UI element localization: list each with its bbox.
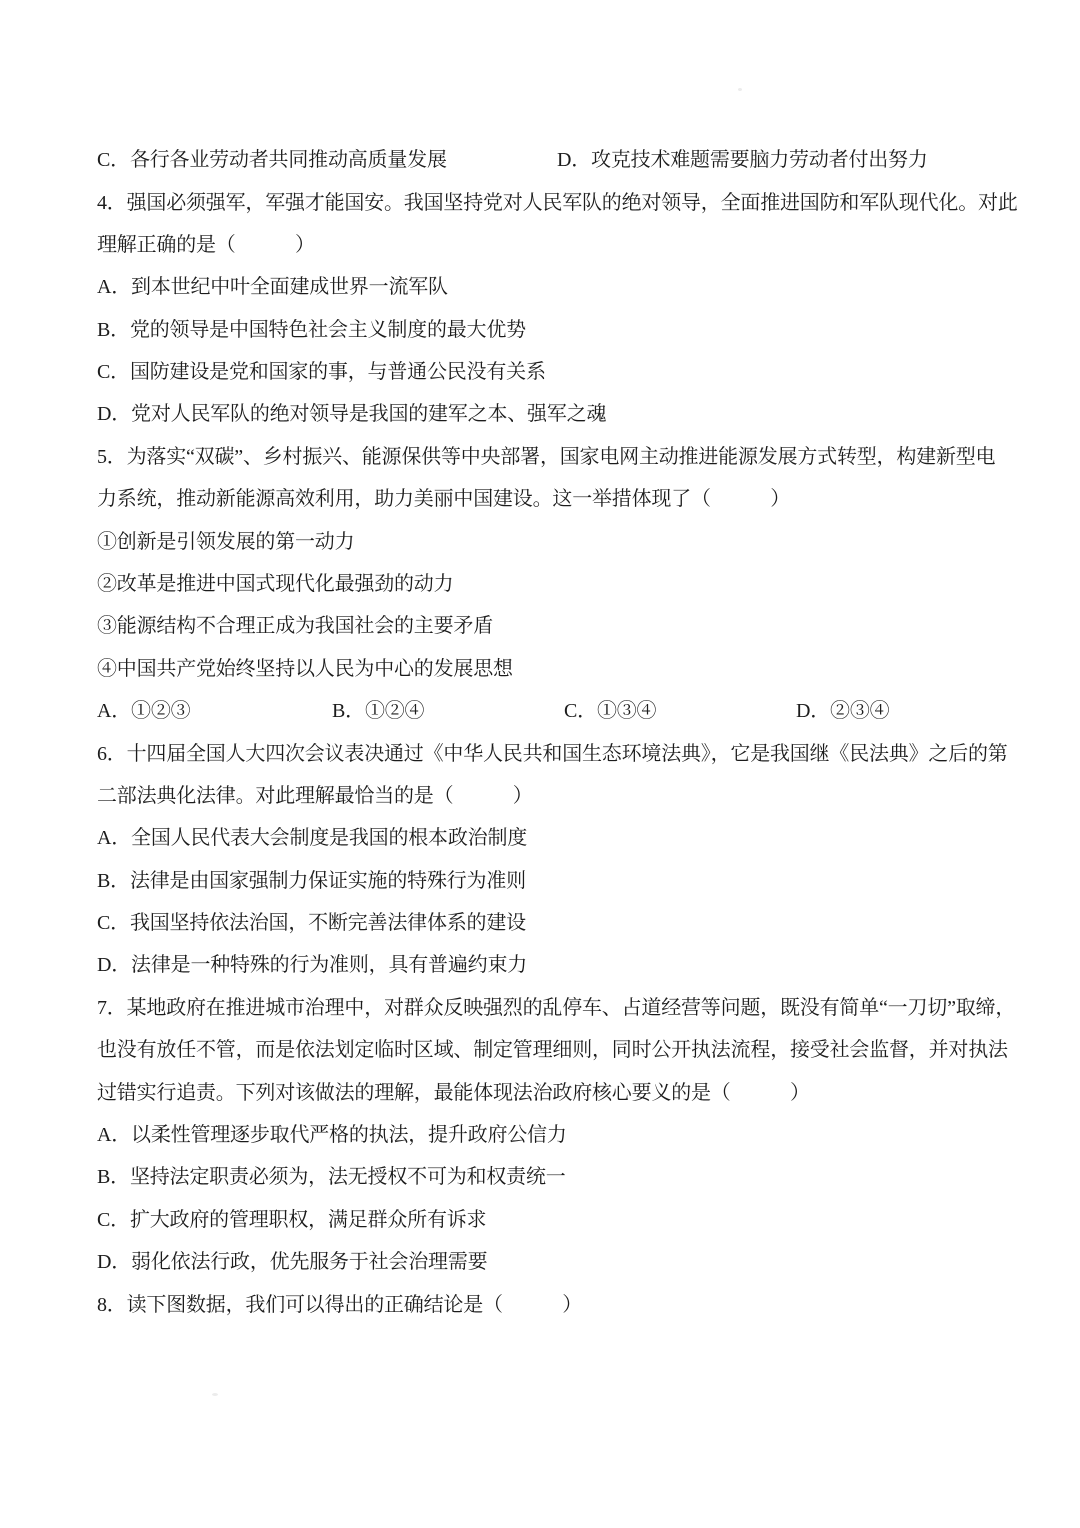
q6-option-a: A．全国人民代表大会制度是我国的根本政治制度	[97, 824, 997, 854]
q4-option-c: C．国防建设是党和国家的事，与普通公民没有关系	[97, 358, 997, 388]
q5-item-1: ①创新是引领发展的第一动力	[97, 528, 997, 558]
exam-document-page: C．各行各业劳动者共同推动高质量发展 D．攻克技术难题需要脑力劳动者付出努力 4…	[0, 0, 1080, 1528]
q7-stem-line-3: 过错实行追责。下列对该做法的理解，最能体现法治政府核心要义的是（ ）	[97, 1079, 997, 1109]
q5-item-4: ④中国共产党始终坚持以人民为中心的发展思想	[97, 655, 997, 685]
q5-item-3: ③能源结构不合理正成为我国社会的主要矛盾	[97, 612, 997, 642]
q5-option-c: C．①③④	[564, 697, 656, 725]
q5-option-a: A．①②③	[97, 697, 190, 725]
q7-option-d: D．弱化依法行政，优先服务于社会治理需要	[97, 1248, 997, 1278]
q3-option-d: D．攻克技术难题需要脑力劳动者付出努力	[557, 146, 928, 174]
q5-item-2: ②改革是推进中国式现代化最强劲的动力	[97, 570, 997, 600]
scan-speck	[738, 88, 742, 91]
q7-stem-line-1: 7．某地政府在推进城市治理中，对群众反映强烈的乱停车、占道经营等问题，既没有简单…	[97, 994, 997, 1024]
q7-option-a: A．以柔性管理逐步取代严格的执法，提升政府公信力	[97, 1121, 997, 1151]
q5-option-b: B．①②④	[332, 697, 424, 725]
q6-stem-line-2: 二部法典化法律。对此理解最恰当的是（ ）	[97, 782, 997, 812]
q5-stem-line-1: 5．为落实“双碳”、乡村振兴、能源保供等中央部署，国家电网主动推进能源发展方式转…	[97, 443, 997, 473]
q3-option-c: C．各行各业劳动者共同推动高质量发展	[97, 146, 447, 174]
q7-stem-line-2: 也没有放任不管，而是依法划定临时区域、制定管理细则，同时公开执法流程，接受社会监…	[97, 1036, 997, 1066]
q6-option-b: B．法律是由国家强制力保证实施的特殊行为准则	[97, 867, 997, 897]
q6-option-c: C．我国坚持依法治国，不断完善法律体系的建设	[97, 909, 997, 939]
q5-options-row: A．①②③ B．①②④ C．①③④ D．②③④	[97, 697, 997, 727]
q7-option-b: B．坚持法定职责必须为，法无授权不可为和权责统一	[97, 1163, 997, 1193]
q6-option-d: D．法律是一种特殊的行为准则，具有普遍约束力	[97, 951, 997, 981]
q4-option-a: A．到本世纪中叶全面建成世界一流军队	[97, 273, 997, 303]
q4-stem-line-2: 理解正确的是（ ）	[97, 231, 997, 261]
q8-stem-line-1: 8．读下图数据，我们可以得出的正确结论是（ ）	[97, 1291, 997, 1321]
scan-speck	[212, 1393, 218, 1396]
q4-stem-line-1: 4．强国必须强军，军强才能国安。我国坚持党对人民军队的绝对领导，全面推进国防和军…	[97, 189, 997, 219]
q5-stem-line-2: 力系统，推动新能源高效利用，助力美丽中国建设。这一举措体现了（ ）	[97, 485, 997, 515]
q3-options-row: C．各行各业劳动者共同推动高质量发展 D．攻克技术难题需要脑力劳动者付出努力	[97, 146, 997, 176]
q4-option-d: D．党对人民军队的绝对领导是我国的建军之本、强军之魂	[97, 400, 997, 430]
q4-option-b: B．党的领导是中国特色社会主义制度的最大优势	[97, 316, 997, 346]
q5-option-d: D．②③④	[796, 697, 889, 725]
q7-option-c: C．扩大政府的管理职权，满足群众所有诉求	[97, 1206, 997, 1236]
q6-stem-line-1: 6．十四届全国人大四次会议表决通过《中华人民共和国生态环境法典》，它是我国继《民…	[97, 740, 997, 770]
